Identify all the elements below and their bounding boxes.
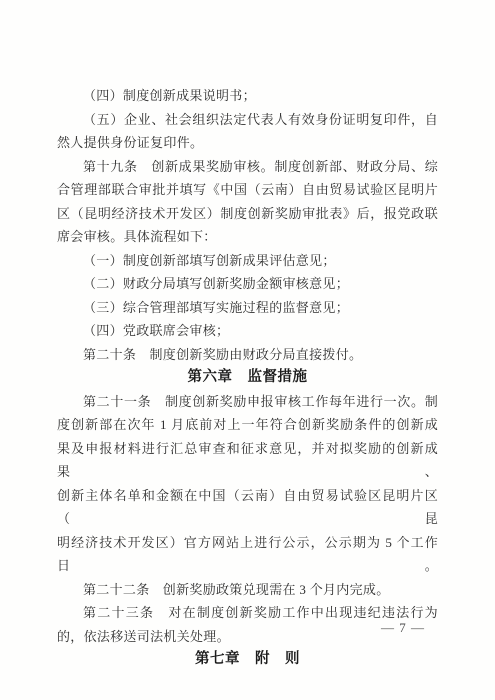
document-line: 区（昆明经济技术开发区）制度创新奖励审批表》后，报党政联 bbox=[57, 202, 438, 226]
document-line: 席会审核。具体流程如下： bbox=[57, 225, 438, 249]
document-line: 创新主体名单和金额在中国（云南）自由贸易试验区昆明片区（昆 bbox=[57, 484, 438, 531]
document-line: 然人提供身份证复印件。 bbox=[57, 131, 438, 155]
document-line: （二）财政分局填写创新奖励金额审核意见； bbox=[57, 272, 438, 296]
document-line: 明经济技术开发区）官方网站上进行公示，公示期为 5 个工作日。 bbox=[57, 531, 438, 578]
document-line: （四）党政联席会审核； bbox=[57, 319, 438, 343]
document-line: 果及申报材料进行汇总审查和征求意见，并对拟奖励的创新成果、 bbox=[57, 437, 438, 484]
document-line: 度创新部在次年 1 月底前对上一年符合创新奖励条件的创新成 bbox=[57, 413, 438, 437]
document-line: （五）企业、社会组织法定代表人有效身份证明复印件，自 bbox=[57, 108, 438, 132]
chapter-heading: 第七章 附 则 bbox=[57, 648, 438, 672]
document-line: 第二十一条 制度创新奖励申报审核工作每年进行一次。制 bbox=[57, 390, 438, 414]
document-line: 第十九条 创新成果奖励审核。制度创新部、财政分局、综 bbox=[57, 155, 438, 179]
document-line: 第二十条 制度创新奖励由财政分局直接拨付。 bbox=[57, 343, 438, 367]
page-number: — 7 — bbox=[381, 620, 425, 636]
document-line: （一）制度创新部填写创新成果评估意见； bbox=[57, 249, 438, 273]
document-line: 合管理部联合审批并填写《中国（云南）自由贸易试验区昆明片 bbox=[57, 178, 438, 202]
document-body: （四）制度创新成果说明书；（五）企业、社会组织法定代表人有效身份证明复印件，自然… bbox=[57, 84, 438, 672]
chapter-heading: 第六章 监督措施 bbox=[57, 366, 438, 390]
document-line: （四）制度创新成果说明书； bbox=[57, 84, 438, 108]
document-page: （四）制度创新成果说明书；（五）企业、社会组织法定代表人有效身份证明复印件，自然… bbox=[0, 0, 495, 700]
document-line: （三）综合管理部填写实施过程的监督意见； bbox=[57, 296, 438, 320]
document-line: 第二十二条 创新奖励政策兑现需在 3 个月内完成。 bbox=[57, 578, 438, 602]
